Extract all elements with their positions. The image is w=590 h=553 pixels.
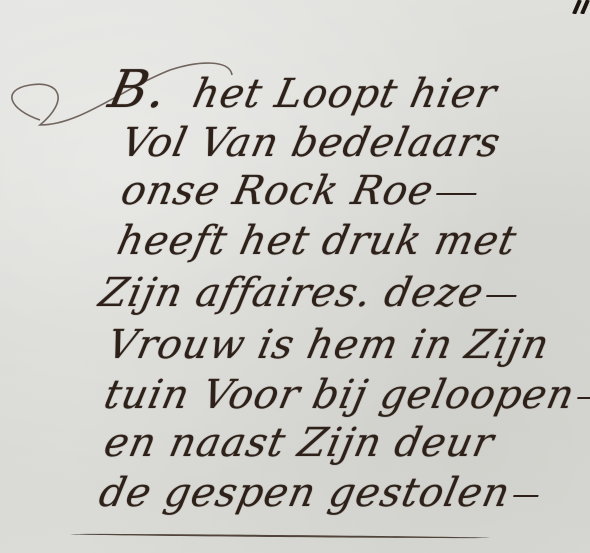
- ink-mark-icon: [570, 0, 590, 14]
- manuscript-line-6: Vrouw is hem in Zijn: [103, 322, 554, 368]
- manuscript-line-3-wrap: onse Rock Roe: [117, 168, 482, 214]
- manuscript-line-2-wrap: Vol Van bedelaars: [117, 120, 505, 166]
- manuscript-line-8: en naast Zijn deur: [100, 420, 498, 466]
- manuscript-line-5-wrap: Zijn affaires. deze: [95, 270, 522, 316]
- entry-marker: B.: [104, 60, 174, 120]
- manuscript-line-5: Zijn affaires. deze: [95, 270, 488, 316]
- manuscript-line-2: Vol Van bedelaars: [117, 120, 505, 166]
- manuscript-line-4: heeft het druk met: [113, 218, 521, 264]
- manuscript-line-7: tuin Voor bij geloopen: [100, 372, 579, 418]
- manuscript-line-1: het Loopt hier: [189, 71, 501, 117]
- manuscript-line-4-wrap: heeft het druk met: [113, 218, 521, 264]
- manuscript-line-6-wrap: Vrouw is hem in Zijn: [103, 322, 554, 368]
- manuscript-page: B. het Loopt hier Vol Van bedelaars onse…: [0, 0, 590, 553]
- entry-marker-line: B. het Loopt hier: [104, 60, 504, 120]
- manuscript-line-9-wrap: de gespen gestolen: [95, 470, 544, 516]
- manuscript-line-8-wrap: en naast Zijn deur: [100, 420, 498, 466]
- section-divider: [70, 533, 490, 539]
- manuscript-line-7-wrap: tuin Voor bij geloopen: [100, 372, 590, 418]
- manuscript-line-9: de gespen gestolen: [95, 470, 515, 516]
- manuscript-line-3: onse Rock Roe: [117, 168, 438, 214]
